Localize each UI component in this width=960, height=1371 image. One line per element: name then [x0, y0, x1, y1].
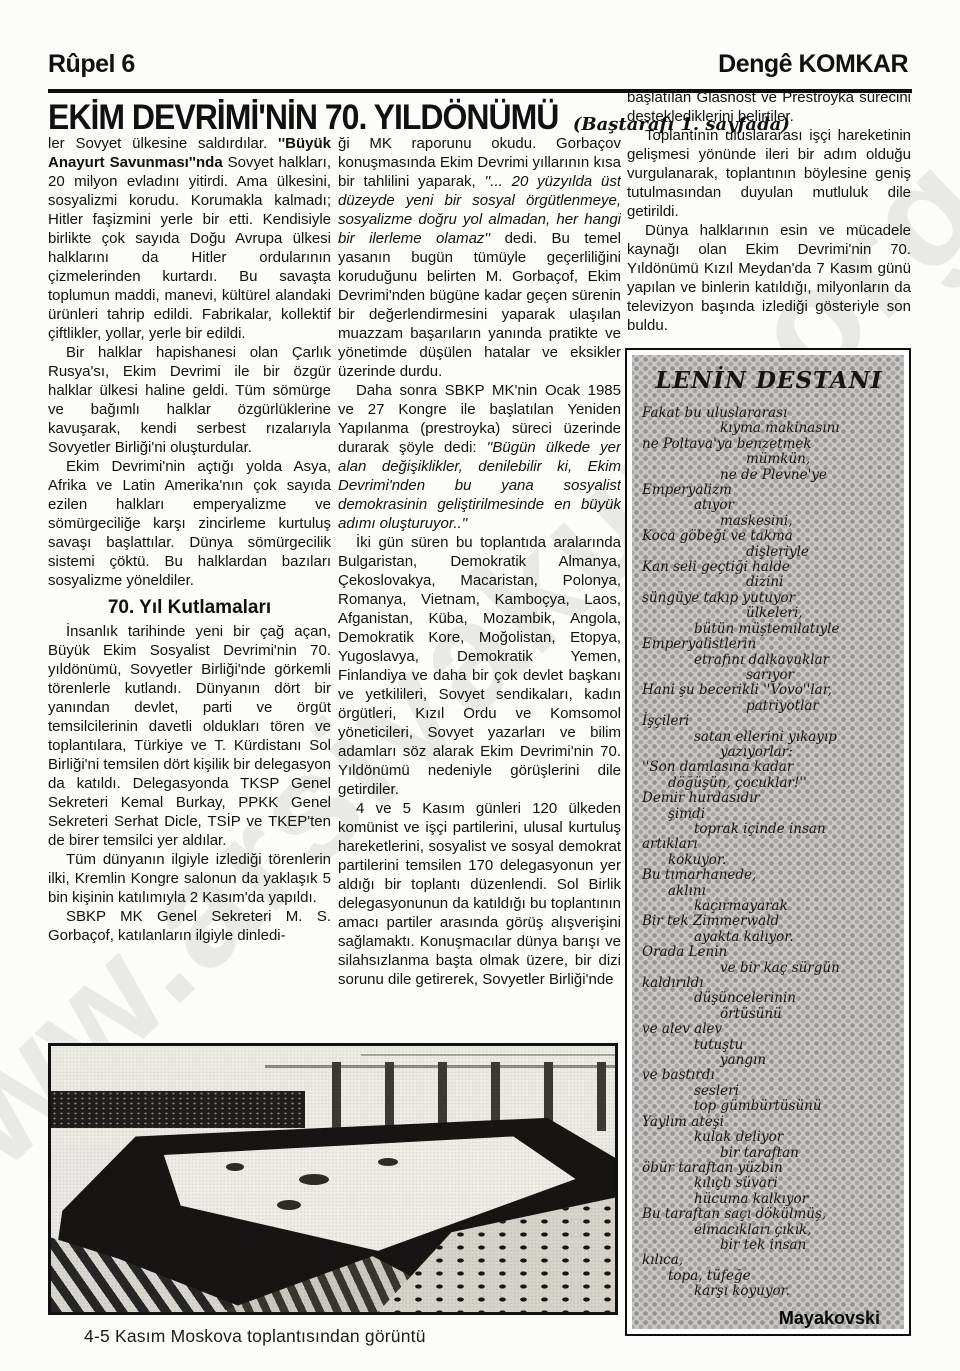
article-paragraph: İki gün süren bu toplantıda aralarında B…	[338, 533, 621, 799]
article-paragraph: başlatılan Glasnost ve Prestroyka süreci…	[627, 88, 911, 126]
poem-line: mümkün,	[642, 452, 896, 467]
poem-line: ve bastırdı	[642, 1068, 896, 1083]
poem-line: süngüye takıp yutuyor	[642, 591, 896, 606]
article-paragraph: SBKP MK Genel Sekreteri M. S. Gorbaçof, …	[48, 907, 331, 945]
page-number: Rûpel 6	[48, 50, 135, 79]
article-paragraph: Bir halklar hapishanesi olan Çarlık Rusy…	[48, 343, 331, 457]
poem-line: İşçileri	[642, 714, 896, 729]
poem-line: düşüncelerinin	[642, 991, 896, 1006]
poem-line: örtüsünü	[642, 1007, 896, 1022]
poem-line: bir taraftan	[642, 1146, 896, 1161]
newspaper-name: Dengê KOMKAR	[718, 50, 908, 79]
poem-line: kokuyor.	[642, 853, 896, 868]
poem-line: ''Son damlasına kadar	[642, 760, 896, 775]
poem-author: Mayakovski	[642, 1308, 896, 1329]
poem-line: Bir tek Zimmerwald	[642, 914, 896, 929]
poem-halftone-panel: LENİN DESTANI Fakat bu uluslararasıkıyma…	[632, 355, 904, 1329]
photo-grain-overlay	[51, 1046, 615, 1312]
poem-line: Emperyalizm	[642, 483, 896, 498]
poem-line: ülkeleri,	[642, 606, 896, 621]
poem-line: dişleriyle	[642, 545, 896, 560]
article-paragraph: İnsanlık tarihinde yeni bir çağ açan, Bü…	[48, 622, 331, 850]
poem-line: Emperyalistlerin	[642, 637, 896, 652]
poem-line: Kan seli geçtiği halde	[642, 560, 896, 575]
article-paragraph: ği MK raporunu okudu. Gorbaçov konuşması…	[338, 134, 621, 381]
poem-line: kaldırıldı	[642, 976, 896, 991]
article-column-left: ler Sovyet ülkesine saldırdılar. ''Büyük…	[48, 134, 331, 1044]
poem-line: elmacıkları çıkık,	[642, 1223, 896, 1238]
poem-line: Demir hurdasıdır	[642, 791, 896, 806]
article-column-middle: ği MK raporunu okudu. Gorbaçov konuşması…	[338, 134, 621, 1044]
poem-line: etrafını dalkavuklar	[642, 653, 896, 668]
poem-line: Yaylım ateşi	[642, 1115, 896, 1130]
poem-line: ne Poltava'ya benzetmek	[642, 437, 896, 452]
article-column-right: başlatılan Glasnost ve Prestroyka süreci…	[627, 88, 911, 346]
poem-line: topa, tüfeğe	[642, 1269, 896, 1284]
article-paragraph: ler Sovyet ülkesine saldırdılar. ''Büyük…	[48, 134, 331, 343]
poem-line: sarıyor	[642, 668, 896, 683]
article-paragraph: Daha sonra SBKP MK'nin Ocak 1985 ve 27 K…	[338, 381, 621, 533]
newspaper-page: www.arsivakurd.org Rûpel 6 Dengê KOMKAR …	[0, 0, 960, 1371]
photo-caption: 4-5 Kasım Moskova toplantısından görüntü	[84, 1326, 426, 1347]
poem-line: Bu tımarhanede,	[642, 868, 896, 883]
poem-line: hücuma kalkıyor	[642, 1192, 896, 1207]
poem-line: yangın	[642, 1053, 896, 1068]
poem-line: patriyotlar	[642, 699, 896, 714]
poem-line: kulak deliyor	[642, 1130, 896, 1145]
poem-line: tutuştu	[642, 1038, 896, 1053]
poem-line: ne de Plevne'ye	[642, 468, 896, 483]
poem-line: top gümbürtüsünü	[642, 1099, 896, 1114]
poem-line: yazıyorlar:	[642, 745, 896, 760]
poem-line: öbür taraftan yüzbin	[642, 1161, 896, 1176]
article-title-text: EKİM DEVRİMİ'NİN 70. YILDÖNÜMÜ	[48, 97, 558, 138]
poem-body: Fakat bu uluslararasıkıyma makinasınıne …	[642, 406, 896, 1300]
poem-line: karşı koyuyor.	[642, 1284, 896, 1299]
poem-line: kılıçlı süvari	[642, 1176, 896, 1191]
conference-photo	[48, 1043, 618, 1315]
poem-line: artıkları	[642, 837, 896, 852]
section-subhead: 70. Yıl Kutlamaları	[48, 598, 331, 617]
poem-line: sesleri	[642, 1084, 896, 1099]
poem-line: ve alev alev	[642, 1022, 896, 1037]
poem-line: satan ellerini yıkayıp	[642, 730, 896, 745]
poem-line: bütün müştemilatıyle	[642, 622, 896, 637]
article-paragraph: Dünya halklarının esin ve mücadele kayna…	[627, 221, 911, 335]
poem-line: kaçırmayarak	[642, 899, 896, 914]
poem-line: Orada Lenin	[642, 945, 896, 960]
article-paragraph: Tüm dünyanın ilgiyle izlediği törenlerin…	[48, 850, 331, 907]
poem-line: Fakat bu uluslararası	[642, 406, 896, 421]
poem-line: aklını	[642, 884, 896, 899]
poem-line: şimdi	[642, 807, 896, 822]
poem-title: LENİN DESTANI	[642, 367, 896, 394]
poem-line: ayakta kalıyor.	[642, 930, 896, 945]
article-paragraph: Ekim Devrimi'nin açtığı yolda Asya, Afri…	[48, 457, 331, 590]
article-paragraph: Toplantının uluslararası işçi hareketini…	[627, 126, 911, 221]
article-paragraph: 4 ve 5 Kasım günleri 120 ülkeden komünis…	[338, 799, 621, 989]
poem-line: bir tek insan	[642, 1238, 896, 1253]
poem-line: döğüşün, çocuklar!''	[642, 776, 896, 791]
poem-box: LENİN DESTANI Fakat bu uluslararasıkıyma…	[625, 348, 911, 1336]
poem-line: kıyma makinasını	[642, 421, 896, 436]
poem-line: maskesini,	[642, 514, 896, 529]
poem-line: ve bir kaç sürgün	[642, 961, 896, 976]
poem-line: toprak içinde insan	[642, 822, 896, 837]
poem-line: atıyor	[642, 498, 896, 513]
poem-line: Koca göbeği ve takma	[642, 529, 896, 544]
poem-line: dizini	[642, 575, 896, 590]
poem-line: Hani şu becerikli ''Vovo''lar,	[642, 683, 896, 698]
poem-line: Bu taraftan saçı dökülmüş,	[642, 1207, 896, 1222]
poem-line: kılıca,	[642, 1253, 896, 1268]
